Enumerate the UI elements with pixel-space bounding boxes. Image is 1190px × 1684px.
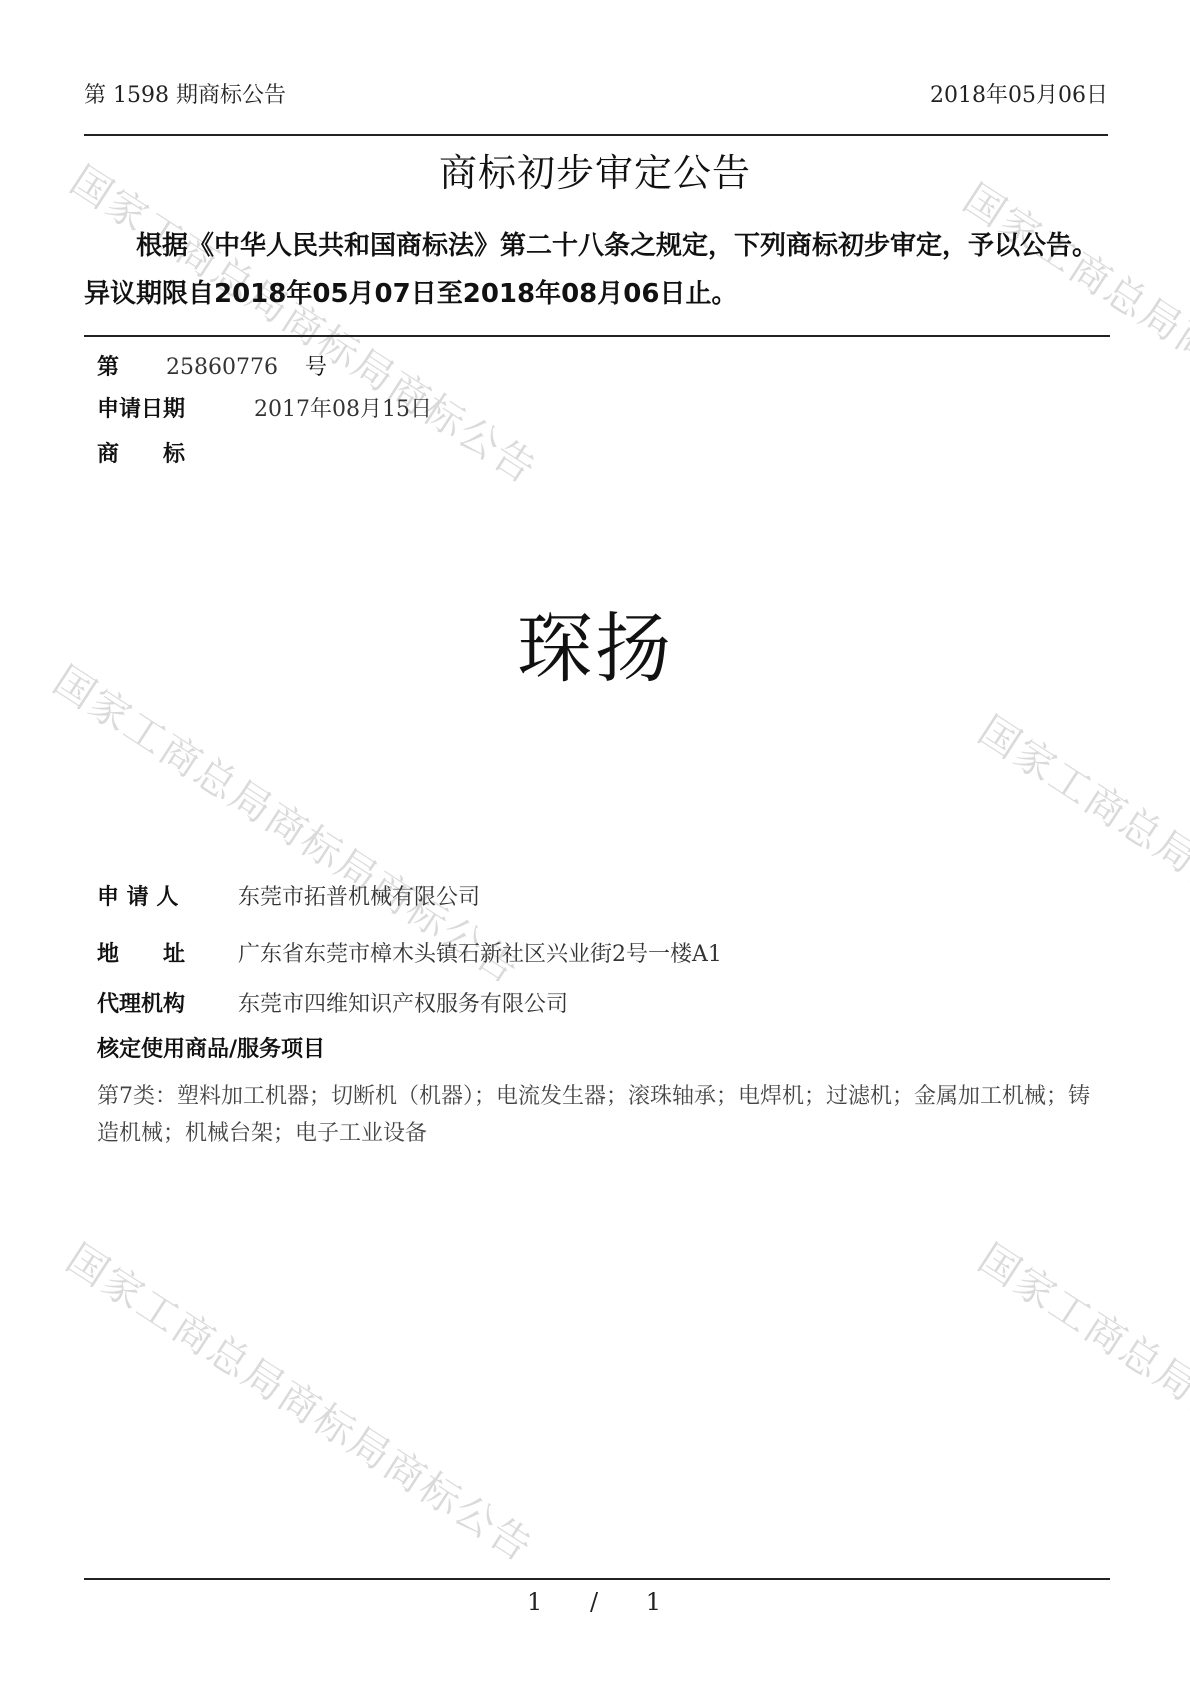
applicant-row: 申 请 人 东莞市拓普机械有限公司 <box>97 880 480 911</box>
page-title: 商标初步审定公告 <box>0 142 1190 197</box>
watermark: 国家工商总局商标局商标公告 <box>969 700 1190 1045</box>
application-date-label: 申请日期 <box>97 392 247 423</box>
registration-number-label-suffix: 号 <box>305 350 327 381</box>
address: 广东省东莞市樟木头镇石新社区兴业街2号一楼A1 <box>238 937 722 968</box>
total-pages: 1 <box>646 1588 663 1616</box>
agent-row: 代理机构 东莞市四维知识产权服务有限公司 <box>97 987 568 1018</box>
applicant-label: 申 请 人 <box>97 880 231 911</box>
watermark: 国家工商总局商标局商标公告 <box>954 168 1190 513</box>
goods-services-list: 第7类：塑料加工机器；切断机（机器）；电流发生器；滚珠轴承；电焊机；过滤机；金属… <box>97 1078 1097 1152</box>
divider <box>84 1578 1110 1580</box>
divider <box>84 335 1110 337</box>
goods-services-title: 核定使用商品/服务项目 <box>97 1032 325 1063</box>
issue-number: 第 1598 期商标公告 <box>84 78 286 109</box>
trademark-row: 商 标 <box>97 437 185 468</box>
pagination: 1 / 1 <box>0 1588 1190 1616</box>
page-separator: / <box>590 1588 600 1616</box>
document-page: 国家工商总局商标局商标公告 国家工商总局商标局商标公告 国家工商总局商标局商标公… <box>0 0 1190 1684</box>
application-date-row: 申请日期 2017年08月15日 <box>97 392 432 423</box>
trademark-label: 商 标 <box>97 437 185 468</box>
address-label: 地 址 <box>97 937 231 968</box>
applicant-name: 东莞市拓普机械有限公司 <box>238 880 480 911</box>
trademark-text: 琛扬 <box>0 588 1190 697</box>
issue-date: 2018年05月06日 <box>930 78 1108 109</box>
registration-number-row: 第 25860776 号 <box>97 350 327 381</box>
page-header: 第 1598 期商标公告 2018年05月06日 <box>84 74 1108 136</box>
intro-paragraph: 根据《中华人民共和国商标法》第二十八条之规定，下列商标初步审定，予以公告。异议期… <box>84 222 1110 318</box>
registration-number-label-prefix: 第 <box>97 350 159 381</box>
current-page: 1 <box>527 1588 544 1616</box>
application-date: 2017年08月15日 <box>254 392 432 423</box>
agent-name: 东莞市四维知识产权服务有限公司 <box>238 987 568 1018</box>
watermark: 国家工商总局商标局商标公告 <box>57 1228 546 1573</box>
watermark: 国家工商总局商标局商标公告 <box>969 1228 1190 1573</box>
address-row: 地 址 广东省东莞市樟木头镇石新社区兴业街2号一楼A1 <box>97 937 722 968</box>
agent-label: 代理机构 <box>97 987 231 1018</box>
registration-number: 25860776 <box>166 355 298 380</box>
